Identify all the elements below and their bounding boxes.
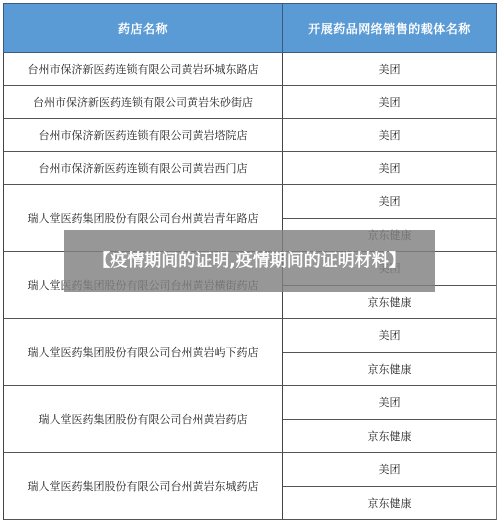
pharmacy-name: 瑞人堂医药集团股份有限公司台州黄岩东城药店 xyxy=(4,453,283,519)
table-row: 瑞人堂医药集团股份有限公司台州黄岩药店 美团 京东健康 xyxy=(3,386,497,453)
pharmacy-name: 台州市保济新医药连锁有限公司黄岩朱砂街店 xyxy=(4,86,283,118)
pharmacy-name: 瑞人堂医药集团股份有限公司台州黄岩药店 xyxy=(4,386,283,452)
platform-cell: 京东健康 xyxy=(283,486,496,520)
platform-cell: 美团 xyxy=(283,53,496,85)
platform-cell: 美团 xyxy=(283,152,496,184)
platform-cell: 美团 xyxy=(283,185,496,218)
platform-cell: 京东健康 xyxy=(283,352,496,386)
header-pharmacy-name: 药店名称 xyxy=(4,4,283,52)
table-row: 台州市保济新医药连锁有限公司黄岩环城东路店 美团 xyxy=(3,53,497,86)
platform-cell: 美团 xyxy=(283,386,496,419)
table-row: 台州市保济新医药连锁有限公司黄岩塔院店 美团 xyxy=(3,119,497,152)
platform-cell: 美团 xyxy=(283,453,496,486)
pharmacy-name: 台州市保济新医药连锁有限公司黄岩塔院店 xyxy=(4,119,283,151)
platform-cell: 美团 xyxy=(283,86,496,118)
table-header: 药店名称 开展药品网络销售的载体名称 xyxy=(3,3,497,53)
platform-cell: 京东健康 xyxy=(283,419,496,453)
header-platform-name: 开展药品网络销售的载体名称 xyxy=(283,4,496,52)
platform-cell: 美团 xyxy=(283,119,496,151)
title-overlay-banner: 【疫情期间的证明,疫情期间的证明材料】 xyxy=(64,230,435,292)
table-row: 台州市保济新医药连锁有限公司黄岩朱砂街店 美团 xyxy=(3,86,497,119)
platform-cell: 美团 xyxy=(283,319,496,352)
table-row: 瑞人堂医药集团股份有限公司台州黄岩东城药店 美团 京东健康 xyxy=(3,453,497,520)
pharmacy-name: 台州市保济新医药连锁有限公司黄岩环城东路店 xyxy=(4,53,283,85)
table-row: 台州市保济新医药连锁有限公司黄岩西门店 美团 xyxy=(3,152,497,185)
table-row: 瑞人堂医药集团股份有限公司台州黄岩屿下药店 美团 京东健康 xyxy=(3,319,497,386)
pharmacy-name: 瑞人堂医药集团股份有限公司台州黄岩屿下药店 xyxy=(4,319,283,385)
pharmacy-name: 台州市保济新医药连锁有限公司黄岩西门店 xyxy=(4,152,283,184)
